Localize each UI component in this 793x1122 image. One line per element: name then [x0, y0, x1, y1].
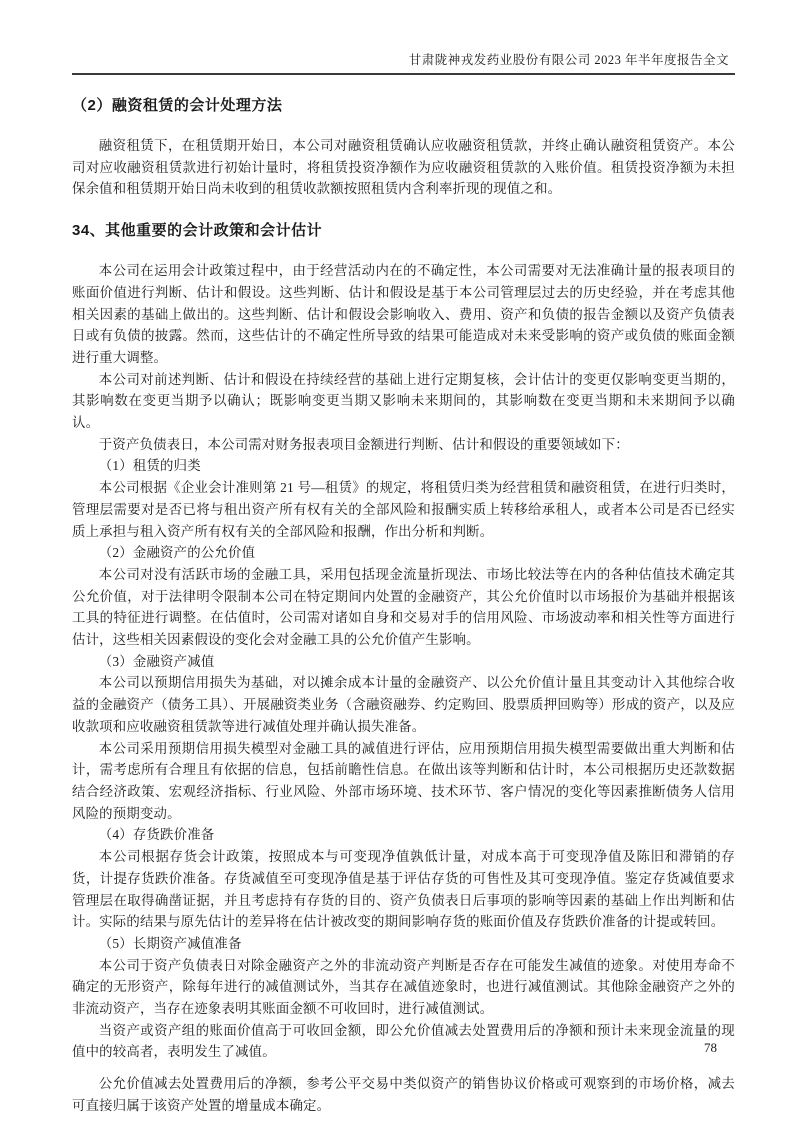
paragraph: 本公司在运用会计政策过程中，由于经营活动内在的不确定性，本公司需要对无法准确计量…	[72, 260, 735, 369]
page-number: 78	[704, 1040, 717, 1056]
section-body: 融资租赁下，在租赁期开始日，本公司对融资租赁确认应收融资租赁款，并终止确认融资租…	[72, 135, 735, 200]
report-page: 甘肃陇神戎发药业股份有限公司 2023 年半年度报告全文 （2）融资租赁的会计处…	[0, 0, 793, 1122]
section-heading-34: 34、其他重要的会计政策和会计估计	[72, 221, 735, 240]
paragraph: 本公司对没有活跃市场的金融工具，采用包括现金流量折现法、市场比较法等在内的各种估…	[72, 564, 735, 651]
subheading-lease-classification: （1）租赁的归类	[72, 455, 735, 477]
section-heading-financing-lease: （2）融资租赁的会计处理方法	[72, 96, 735, 115]
paragraph: 本公司采用预期信用损失模型对金融工具的减值进行评估，应用预期信用损失模型需要做出…	[72, 738, 735, 825]
paragraph: 公允价值减去处置费用后的净额，参考公平交易中类似资产的销售协议价格或可观察到的市…	[72, 1073, 735, 1116]
page-header: 甘肃陇神戎发药业股份有限公司 2023 年半年度报告全文	[72, 52, 735, 75]
subheading-inventory-write-down: （4）存货跌价准备	[72, 824, 735, 846]
paragraph: 本公司根据《企业会计准则第 21 号—租赁》的规定，将租赁归类为经营租赁和融资租…	[72, 477, 735, 542]
subheading-fair-value-financial-assets: （2）金融资产的公允价值	[72, 542, 735, 564]
section-financing-lease-accounting: （2）融资租赁的会计处理方法 融资租赁下，在租赁期开始日，本公司对融资租赁确认应…	[72, 96, 735, 200]
paragraph: 本公司对前述判断、估计和假设在持续经营的基础上进行定期复核，会计估计的变更仅影响…	[72, 369, 735, 434]
report-title: 甘肃陇神戎发药业股份有限公司 2023 年半年度报告全文	[409, 53, 729, 67]
paragraph: 本公司以预期信用损失为基础，对以摊余成本计量的金融资产、以公允价值计量且其变动计…	[72, 672, 735, 737]
subheading-long-term-asset-impairment: （5）长期资产减值准备	[72, 933, 735, 955]
paragraph: 融资租赁下，在租赁期开始日，本公司对融资租赁确认应收融资租赁款，并终止确认融资租…	[72, 135, 735, 200]
subheading-financial-asset-impairment: （3）金融资产减值	[72, 651, 735, 673]
paragraph: 当资产或资产组的账面价值高于可收回金额，即公允价值减去处置费用后的净额和预计未来…	[72, 1020, 735, 1063]
paragraph: 本公司根据存货会计政策，按照成本与可变现净值孰低计量，对成本高于可变现净值及陈旧…	[72, 846, 735, 933]
paragraph: 本公司于资产负债表日对除金融资产之外的非流动资产判断是否存在可能发生减值的迹象。…	[72, 955, 735, 1020]
section-34-other-policies-estimates: 34、其他重要的会计政策和会计估计 本公司在运用会计政策过程中，由于经营活动内在…	[72, 221, 735, 1116]
section-body: 本公司在运用会计政策过程中，由于经营活动内在的不确定性，本公司需要对无法准确计量…	[72, 260, 735, 1116]
paragraph: 于资产负债表日，本公司需对财务报表项目金额进行判断、估计和假设的重要领域如下：	[72, 434, 735, 456]
